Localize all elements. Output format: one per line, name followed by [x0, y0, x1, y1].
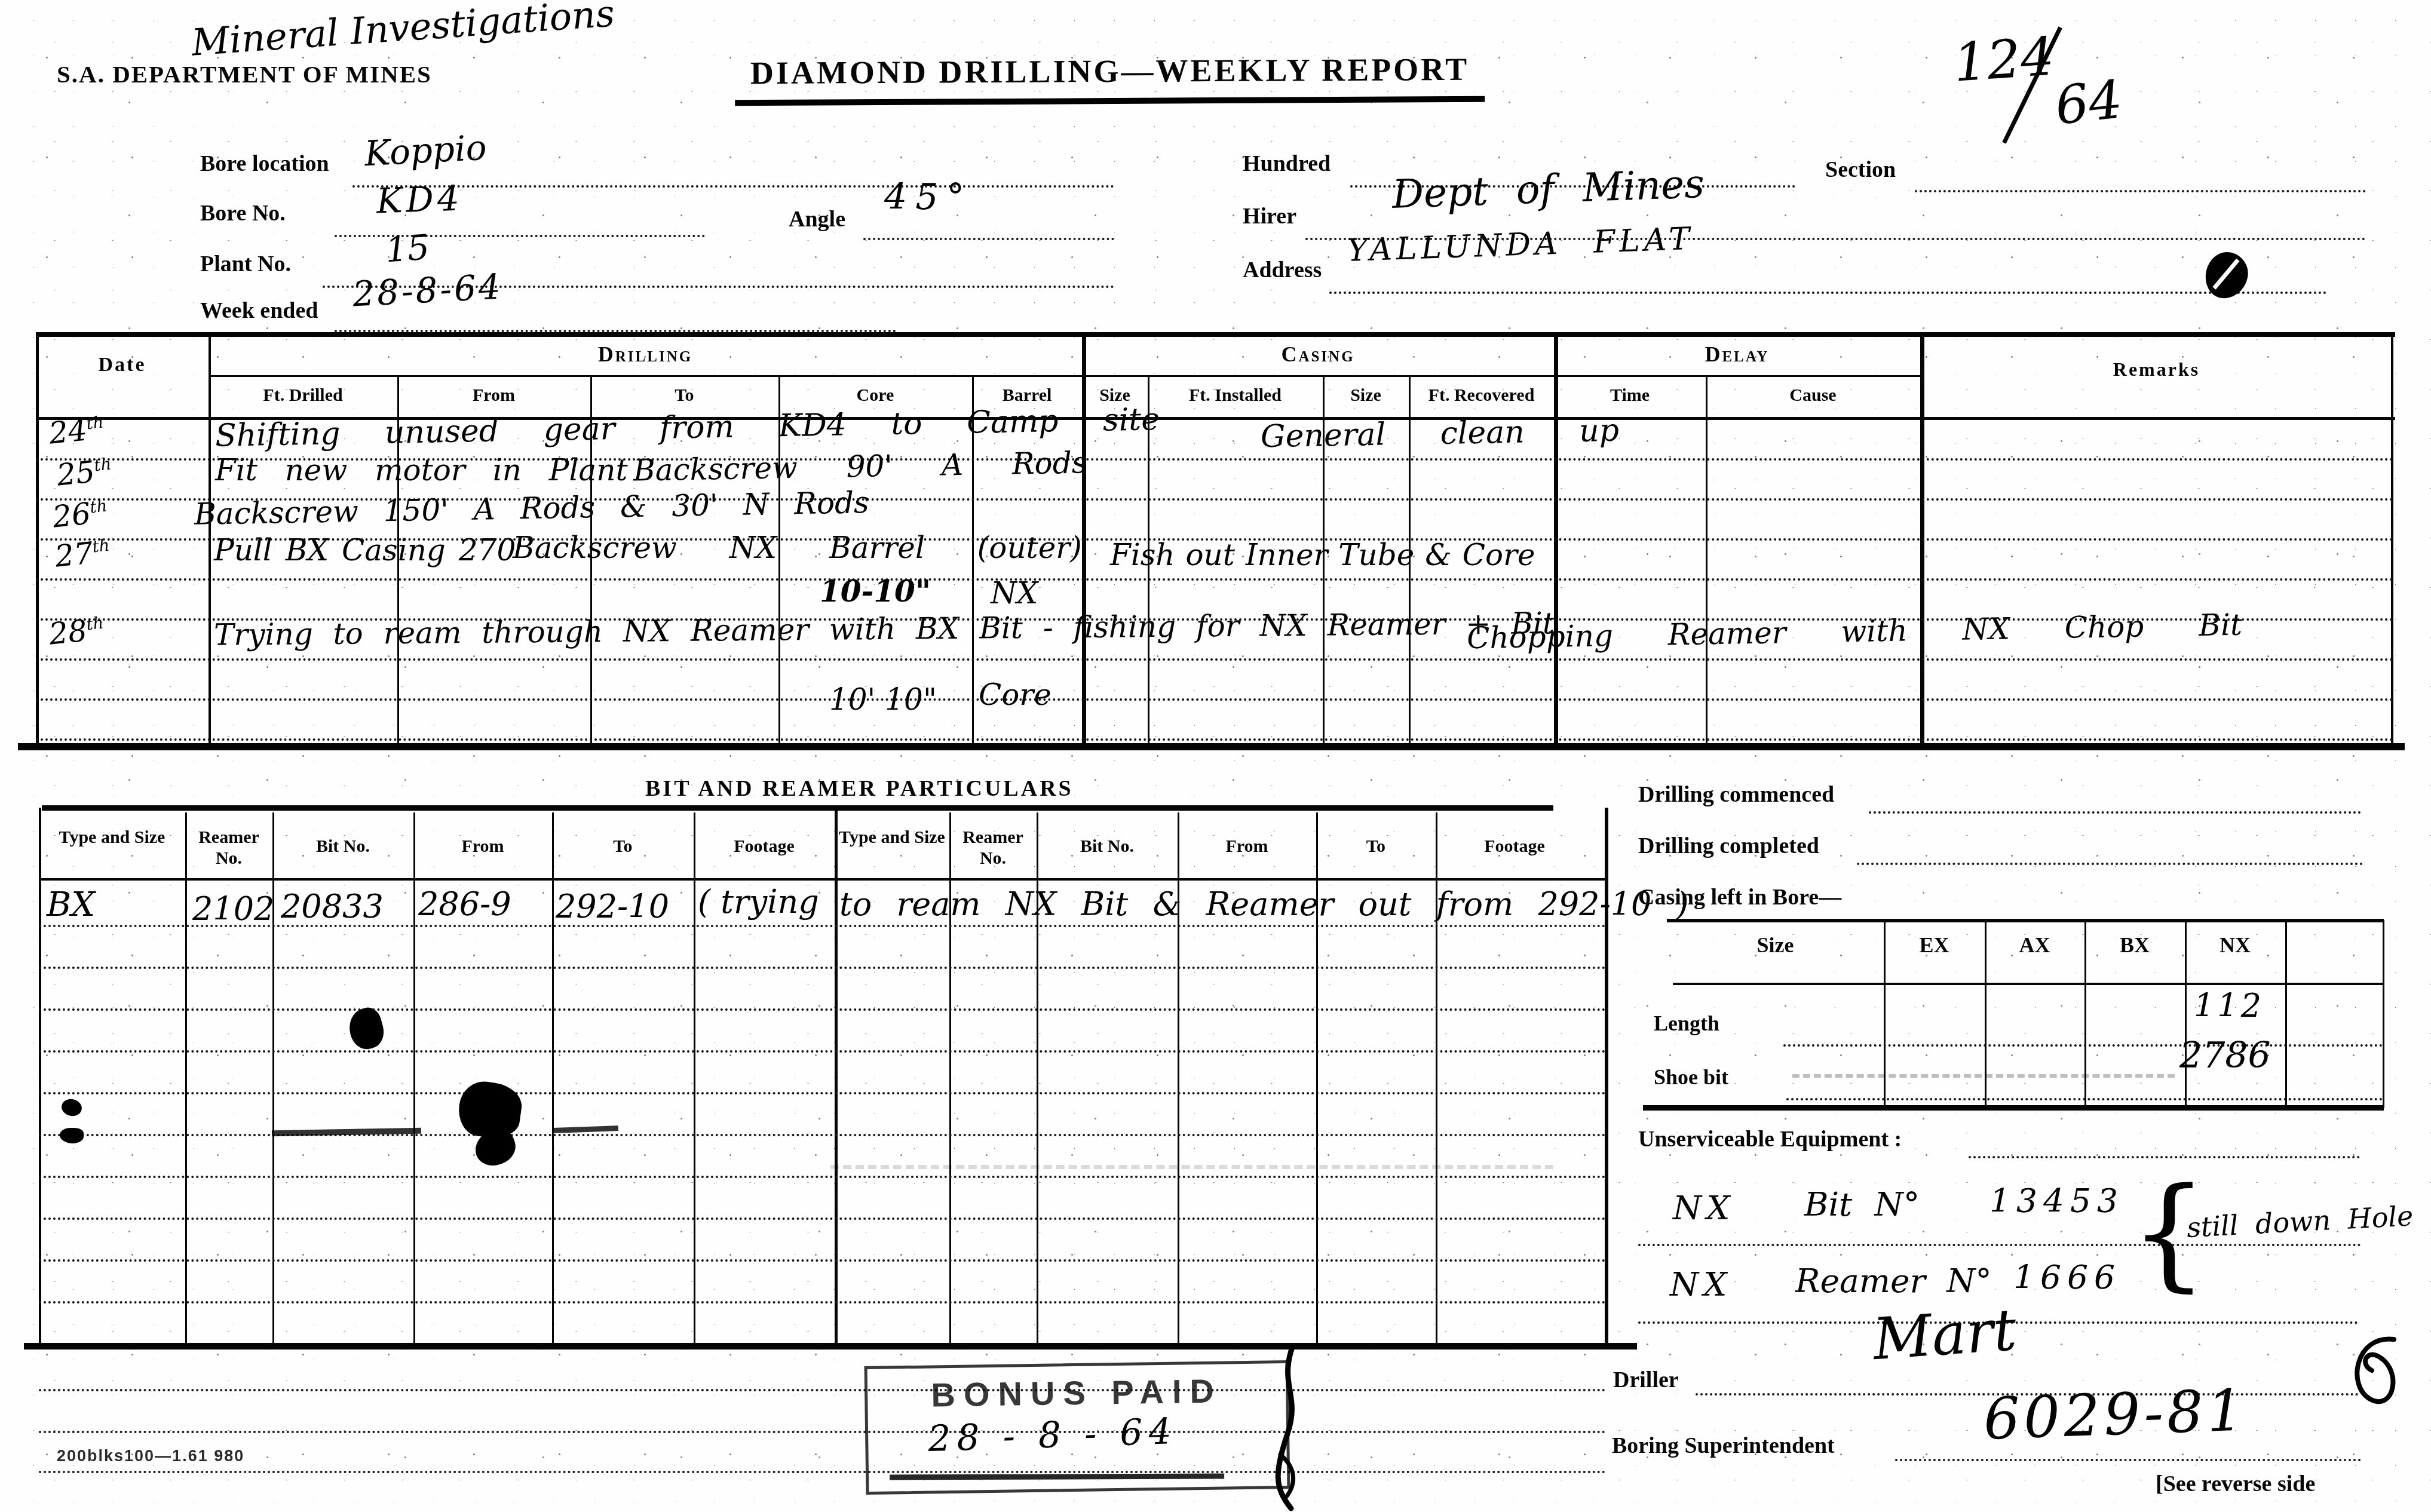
- week-ended-label: Week ended: [200, 298, 318, 324]
- stamp-smear: [890, 1474, 1224, 1480]
- col-header-ft-drilled: Ft. Drilled: [209, 385, 397, 406]
- date-day: 25: [55, 454, 96, 492]
- equip1-size: NX: [1673, 1189, 1734, 1227]
- rule: [352, 185, 1114, 188]
- report-number-denominator: 64: [2052, 68, 2125, 136]
- pen-scribble: [1264, 1344, 1317, 1512]
- casing-col-ax: AX: [1985, 933, 2084, 958]
- form-print-code: 200blks100—1.61 980: [57, 1447, 244, 1465]
- log-entry-24-casing: General clean up: [1261, 413, 1620, 455]
- col-header-size2: Size: [1323, 385, 1409, 406]
- row-rule: [39, 1092, 1607, 1094]
- equip2-item: Reamer N°: [1795, 1262, 1992, 1300]
- ink-blot: [345, 1005, 388, 1053]
- length-label: Length: [1654, 1011, 1719, 1036]
- faint-smudge: [1792, 1074, 2175, 1078]
- report-number-numerator: 124: [1952, 25, 2056, 93]
- ink-smudge: [553, 1125, 618, 1133]
- row-rule: [39, 1471, 1607, 1473]
- plant-no-label: Plant No.: [200, 251, 291, 277]
- row-rule: [39, 1008, 1607, 1011]
- rule: [1869, 811, 2361, 814]
- casing-col-ex: EX: [1884, 933, 1985, 958]
- bit-col-from: From: [413, 836, 552, 857]
- faint-smudge: [830, 1165, 1553, 1169]
- address-label: Address: [1243, 257, 1322, 283]
- row-rule: [39, 1301, 1607, 1304]
- ink-blot: [2202, 249, 2252, 303]
- bit-col-footage: Footage: [694, 836, 835, 857]
- bore-no-label: Bore No.: [200, 200, 286, 226]
- date-suffix: th: [85, 614, 105, 634]
- date-entry: 26th: [51, 494, 109, 534]
- bit-reamer-title: BIT AND REAMER PARTICULARS: [645, 775, 1074, 802]
- row-rule: [36, 698, 2395, 701]
- equip1-item: Bit N°: [1804, 1185, 1920, 1223]
- angle-label: Angle: [789, 206, 845, 232]
- drilling-commenced-label: Drilling commenced: [1638, 781, 1834, 808]
- grid-line: [413, 812, 415, 1344]
- group-header-delay: Delay: [1554, 342, 1920, 367]
- date-entry: 24th: [47, 410, 106, 450]
- shoe-bit-nx-value: 2786: [2179, 1035, 2271, 1077]
- group-header-drilling: Drilling: [209, 342, 1082, 367]
- date-day: 27: [53, 535, 94, 573]
- col-header-to: To: [590, 385, 778, 406]
- col-header-core: Core: [778, 385, 972, 406]
- grid-line: [209, 375, 1920, 377]
- bore-location-value: Koppio: [363, 127, 488, 174]
- casing-col-nx: NX: [2185, 933, 2285, 958]
- casing-col-size: Size: [1667, 933, 1884, 958]
- casing-col-bx: BX: [2084, 933, 2185, 958]
- col-header-from: From: [397, 385, 590, 406]
- bore-no-value: KD4: [376, 177, 464, 221]
- rule: [1915, 190, 2366, 192]
- col-header-date: Date: [36, 354, 209, 376]
- driller-signature: Mart: [1871, 1296, 2018, 1373]
- date-day: 26: [51, 496, 92, 534]
- rule: [1786, 1098, 2383, 1100]
- pen-scribble: [2337, 1327, 2406, 1417]
- core-entry-27: 10-10": [820, 573, 931, 609]
- row-rule: [39, 1431, 1607, 1433]
- unserviceable-label: Unserviceable Equipment :: [1638, 1126, 1902, 1152]
- bit-col-bit-no: Bit No.: [272, 836, 413, 857]
- bonus-paid-stamp: BONUS PAID 28 - 8 - 64: [865, 1360, 1290, 1495]
- stamp-date: 28 - 8 - 64: [927, 1410, 1178, 1460]
- bit-col-footage-2: Footage: [1436, 836, 1593, 857]
- handwritten-annotation: Mineral Investigations: [190, 0, 616, 65]
- rule: [1969, 1156, 2360, 1158]
- bit-reamer-no-value: 2102: [192, 890, 274, 928]
- log-entry-28: Trying to ream through NX Reamer with BX…: [214, 606, 1555, 652]
- bit-col-bit-no-2: Bit No.: [1037, 836, 1178, 857]
- ink-blot-gap: [2212, 259, 2239, 290]
- row-rule: [39, 1259, 1607, 1262]
- rule: [1329, 292, 2327, 294]
- bit-col-to-2: To: [1316, 836, 1436, 857]
- barrel-entry-28: Core: [979, 677, 1052, 712]
- date-suffix: th: [85, 413, 105, 434]
- col-header-time: Time: [1554, 385, 1706, 406]
- ink-blot: [60, 1128, 84, 1143]
- bit-col-type-size: Type and Size: [39, 827, 185, 848]
- log-entry-27: Pull BX Casing 270': [214, 533, 524, 568]
- date-suffix: th: [93, 455, 112, 476]
- row-rule: [39, 967, 1607, 969]
- equip2-size: NX: [1670, 1265, 1731, 1304]
- hirer-value: Dept of Mines: [1391, 161, 1705, 217]
- equip2-number: 1666: [2013, 1258, 2121, 1296]
- stamp-text: BONUS PAID: [867, 1370, 1286, 1415]
- date-day: 24: [47, 412, 88, 450]
- bit-from-value: 286-9: [418, 885, 511, 923]
- ink-blot: [60, 1097, 84, 1118]
- grid-line: [185, 812, 187, 1344]
- grid-line: [1673, 983, 2384, 985]
- hirer-label: Hirer: [1243, 203, 1296, 229]
- row-rule: [36, 578, 2395, 581]
- grid-line: [1643, 1105, 2384, 1111]
- bit-col-from-2: From: [1178, 836, 1316, 857]
- drilling-completed-label: Drilling completed: [1638, 833, 1819, 859]
- row-rule: [39, 1389, 1607, 1391]
- barrel-entry-27: NX: [991, 576, 1038, 611]
- col-header-ft-installed: Ft. Installed: [1148, 385, 1323, 406]
- casing-left-label: Casing left in Bore—: [1638, 884, 1841, 910]
- rule: [1638, 1244, 2361, 1246]
- row-rule: [36, 658, 2395, 661]
- log-entry-25b: Backscrew 90' A Rods: [633, 445, 1087, 487]
- plant-no-value: 15: [384, 227, 431, 271]
- grid-line: [1667, 919, 2384, 922]
- col-header-ft-recovered: Ft. Recovered: [1409, 385, 1554, 406]
- section-label: Section: [1825, 157, 1896, 183]
- row-rule: [39, 1176, 1607, 1178]
- date-entry: 28th: [47, 611, 106, 651]
- log-entry-27b: Backscrew NX Barrel (outer): [513, 530, 1082, 565]
- bore-location-label: Bore location: [200, 151, 329, 177]
- row-rule: [39, 1050, 1607, 1053]
- grid-line: [2383, 920, 2384, 1108]
- scanned-weekly-report: Mineral Investigations S.A. DEPARTMENT O…: [0, 0, 2431, 1512]
- date-entry: 27th: [53, 533, 112, 573]
- log-entry-28-delay: Chopping Reamer with NX Chop Bit: [1467, 608, 2243, 656]
- page-title: DIAMOND DRILLING—WEEKLY REPORT: [735, 51, 1485, 106]
- bit-col-to: To: [552, 836, 694, 857]
- bit-footage-note: ( trying: [698, 883, 819, 921]
- row-rule: [39, 925, 1607, 927]
- col-header-remarks: Remarks: [1920, 358, 2393, 381]
- log-entry-27-casing: Fish out Inner Tube & Core: [1110, 538, 1535, 572]
- bit-type-size-value: BX: [47, 885, 95, 924]
- bit-col-type-size-2: Type and Size: [835, 827, 949, 848]
- log-entry-26: Backscrew 150' A Rods & 30' N Rods: [194, 485, 870, 532]
- shoe-bit-label: Shoe bit: [1654, 1065, 1728, 1090]
- row-rule: [39, 1217, 1607, 1220]
- rule: [1857, 863, 2363, 865]
- grid-line: [42, 805, 1553, 811]
- date-day: 28: [47, 613, 88, 651]
- bit-col-reamer-no: Reamer No.: [185, 827, 272, 869]
- bit-no-value: 20833: [281, 888, 384, 925]
- rule: [1783, 1044, 2383, 1047]
- week-ended-value: 28-8-64: [351, 266, 504, 314]
- grid-line: [1706, 377, 1707, 743]
- grid-line: [835, 808, 838, 1344]
- grid-line: [39, 808, 41, 1344]
- rule: [1895, 1459, 2361, 1461]
- grid-line: [694, 812, 695, 1344]
- date-entry: 25th: [55, 452, 114, 492]
- length-nx-value: 112: [2194, 987, 2264, 1025]
- angle-value: 45°: [884, 176, 973, 218]
- grid-line: [24, 1343, 1637, 1350]
- bit-col-reamer-no-2: Reamer No.: [949, 827, 1037, 869]
- address-value: YALLUNDA FLAT: [1347, 221, 1694, 269]
- hundred-label: Hundred: [1243, 151, 1331, 177]
- department-title: S.A. DEPARTMENT OF MINES: [57, 60, 432, 88]
- grid-line: [552, 812, 554, 1344]
- date-suffix: th: [91, 536, 111, 557]
- see-reverse-note: [See reverse side: [2156, 1471, 2315, 1497]
- driller-label: Driller: [1613, 1367, 1679, 1393]
- grid-line: [2285, 920, 2287, 1108]
- rule: [863, 238, 1114, 240]
- grid-line: [36, 332, 2395, 337]
- superintendent-label: Boring Superintendent: [1612, 1433, 1835, 1459]
- equip1-number: 13453: [1989, 1182, 2124, 1220]
- core-entry-28: 10' 10": [829, 682, 937, 717]
- equip-note: still down Hole: [2186, 1200, 2414, 1244]
- grid-line: [39, 878, 1607, 881]
- log-entry-25: Fit new motor in Plant: [215, 453, 627, 487]
- grid-line: [18, 743, 2405, 750]
- superintendent-value: 6029-81: [1982, 1376, 2248, 1452]
- col-header-cause: Cause: [1706, 385, 1920, 406]
- bit-to-value: 292-10: [556, 888, 669, 925]
- row-rule: [36, 738, 2395, 741]
- date-suffix: th: [89, 496, 108, 517]
- group-header-casing: Casing: [1082, 342, 1554, 367]
- bit-note-continuation: to ream NX Bit & Reamer out from 292-10 …: [839, 885, 1689, 923]
